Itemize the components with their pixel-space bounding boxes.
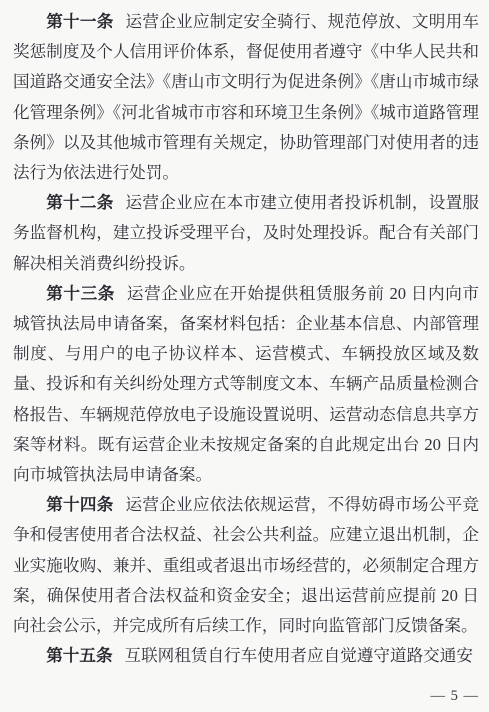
article-number: 第十二条 [46, 193, 113, 212]
article-number: 第十一条 [46, 12, 113, 31]
page-number: — 5 — [431, 688, 480, 705]
article-paragraph-12: 第十二条运营企业应在本市建立使用者投诉机制，设置服务监督机构，建立投诉受理平台，… [13, 188, 479, 279]
article-text: 运营企业应制定安全骑行、规范停放、文明用车奖惩制度及个人信用评价体系，督促使用者… [13, 12, 479, 182]
article-number: 第十五条 [46, 646, 112, 665]
article-text: 互联网租赁自行车使用者应自觉遵守道路交通安 [125, 646, 473, 665]
article-paragraph-14: 第十四条运营企业应依法依规运营，不得妨碍市场公平竞争和侵害使用者合法权益、社会公… [13, 490, 479, 641]
article-paragraph-13: 第十三条运营企业应在开始提供租赁服务前 20 日内向市城管执法局申请备案，备案材… [13, 279, 479, 490]
article-number: 第十三条 [46, 284, 115, 303]
article-paragraph-11: 第十一条运营企业应制定安全骑行、规范停放、文明用车奖惩制度及个人信用评价体系，督… [13, 7, 479, 188]
article-text: 运营企业应依法依规运营，不得妨碍市场公平竞争和侵害使用者合法权益、社会公共利益。… [13, 495, 479, 635]
article-text: 运营企业应在开始提供租赁服务前 20 日内向市城管执法局申请备案，备案材料包括：… [13, 284, 479, 484]
article-paragraph-15: 第十五条互联网租赁自行车使用者应自觉遵守道路交通安 [13, 641, 479, 671]
document-page: 第十一条运营企业应制定安全骑行、规范停放、文明用车奖惩制度及个人信用评价体系，督… [13, 7, 479, 671]
article-number: 第十四条 [46, 495, 113, 514]
